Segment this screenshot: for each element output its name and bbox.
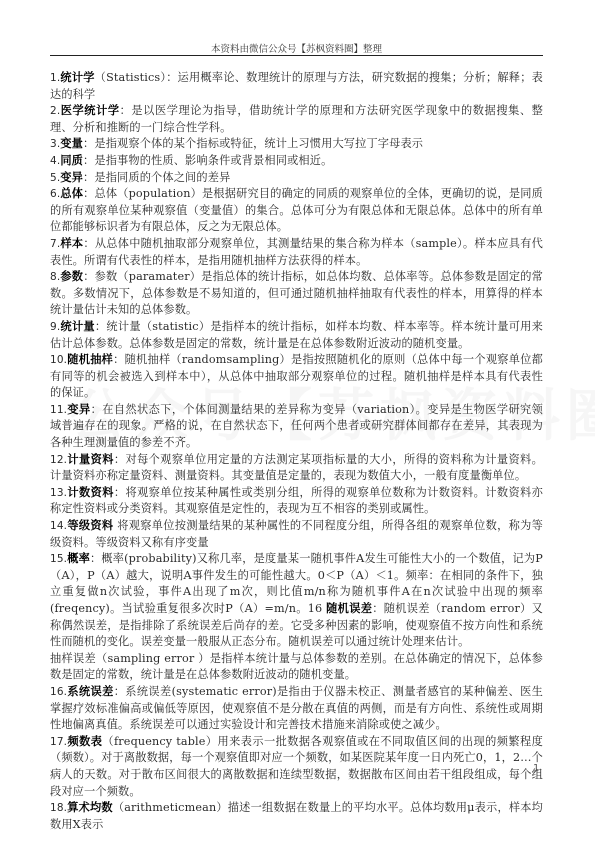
entry-number: 4. (50, 155, 60, 167)
definition-entry: 10.随机抽样：随机抽样（randomsampling）是指按照随机化的原则（总… (50, 352, 543, 402)
entry-text: ：是指观察个体的某个指标或特征，统计上习惯用大写拉丁字母表示 (83, 137, 423, 150)
entry-term: 变异 (67, 403, 90, 416)
entry-term: 算术均数 (67, 801, 113, 814)
entry-number: 8. (50, 271, 60, 283)
entry-text: ：对每个观察单位用定量的方法测定某项指标量的大小，所得的资料称为计量资料。计量资… (50, 453, 543, 483)
document-body: 1.统计学（Statistics）：运用概率论、数理统计的原理与方法，研究数据的… (50, 70, 543, 833)
entry-number: 10. (50, 354, 67, 366)
entry-text: ：统计量（statistic）是指样本的统计指标，如样本均数、样本率等。样本统计… (50, 320, 543, 350)
entry-number: 13. (50, 487, 67, 499)
definition-entry: 14.等级资料 将观察单位按测量结果的某种属性的不同程度分组，所得各组的观察单位… (50, 518, 543, 551)
definition-entry: 抽样误差（sampling error ）是指样本统计量与总体参数的差别。在总体… (50, 651, 543, 684)
entry-text: ：在自然状态下，个体间测量结果的差异称为变异（variation）。变异是生物医… (50, 403, 543, 449)
entry-text: （Statistics）：运用概率论、数理统计的原理与方法，研究数据的搜集；分析… (50, 71, 543, 101)
entry-term: 变异 (60, 171, 83, 184)
entry-number: 16. (50, 686, 67, 698)
entry-number: 11. (50, 404, 67, 416)
entry-number: 9. (50, 321, 60, 333)
definition-entry: 6.总体：总体（population）是根据研究目的确定的同质的观察单位的全体，… (50, 186, 543, 236)
page-number: 1 (533, 763, 539, 774)
entry-number: 12. (50, 454, 67, 466)
definition-entry: 8.参数：参数（paramater）是指总体的统计指标，如总体均数、总体率等。总… (50, 269, 543, 319)
entry-number: 5. (50, 172, 60, 184)
entry-term: 样本 (60, 237, 83, 250)
entry-term: 统计量 (60, 320, 95, 333)
entry-term: 计数资料 (67, 486, 114, 499)
definition-entry: 12.计量资料：对每个观察单位用定量的方法测定某项指标量的大小，所得的资料称为计… (50, 452, 543, 485)
header-divider (50, 55, 543, 56)
definition-entry: 7.样本：从总体中随机抽取部分观察单位，其测量结果的集合称为样本（sample）… (50, 236, 543, 269)
definition-entry: 11.变异：在自然状态下，个体间测量结果的差异称为变异（variation）。变… (50, 402, 543, 452)
entry-term: 概率 (67, 552, 90, 565)
entry-text: ：随机抽样（randomsampling）是指按照随机化的原则（总体中每一个观察… (50, 353, 543, 399)
entry-text: ：是以医学理论为指导，借助统计学的原理和方法研究医学现象中的数据搜集、整理、分析… (50, 104, 543, 134)
entry-text: ：从总体中随机抽取部分观察单位，其测量结果的集合称为样本（sample）。样本应… (50, 237, 543, 267)
entry-term: 参数 (60, 270, 83, 283)
entry-text: ：系统误差(systematic error)是指由于仪器未校正、测量者感官的某… (50, 685, 543, 731)
entry-number: 18. (50, 802, 67, 814)
entry-term: 系统误差 (67, 685, 114, 698)
entry-number: 15. (50, 553, 67, 565)
entry-term: 频数表 (67, 735, 102, 748)
entry-term: 等级资料 (67, 519, 113, 532)
definition-entry: 4.同质：是指事物的性质、影响条件或背景相同或相近。 (50, 153, 543, 170)
entry-text: ：是指同质的个体之间的差异 (83, 171, 230, 184)
definition-entry: 9.统计量：统计量（statistic）是指样本的统计指标，如样本均数、样本率等… (50, 319, 543, 352)
definition-entry: 17.频数表（frequency table）用来表示一批数据各观察值或在不同取… (50, 734, 543, 800)
definition-entry: 3.变量：是指观察个体的某个指标或特征，统计上习惯用大写拉丁字母表示 (50, 136, 543, 153)
entry-number: 2. (50, 105, 60, 117)
entry-text: ：将观察单位按某种属性或类别分组，所得的观察单位数称为计数资料。计数资料亦称定性… (50, 486, 543, 516)
definition-entry: 15.概率：概率(probability)又称几率，是度量某一随机事件A发生可能… (50, 551, 543, 651)
definition-entry: 5.变异：是指同质的个体之间的差异 (50, 170, 543, 187)
entry-text: ：是指事物的性质、影响条件或背景相同或相近。 (83, 154, 332, 167)
entry-number: 1. (50, 72, 60, 84)
entry-text: ：总体（population）是根据研究目的确定的同质的观察单位的全体，更确切的… (50, 187, 543, 233)
entry-term: 计量资料 (67, 453, 114, 466)
definition-entry: 1.统计学（Statistics）：运用概率论、数理统计的原理与方法，研究数据的… (50, 70, 543, 103)
entry-text: （arithmeticmean）描述一组数据在数量上的平均水平。总体均数用μ表示… (50, 801, 543, 831)
definition-entry: 16.系统误差：系统误差(systematic error)是指由于仪器未校正、… (50, 684, 543, 734)
entry-text: ：参数（paramater）是指总体的统计指标，如总体均数、总体率等。总体参数是… (50, 270, 543, 316)
page-header: 本资料由微信公众号【苏枫资料圈】整理 (50, 41, 543, 55)
entry-number: 7. (50, 238, 60, 250)
entry-number: 6. (50, 188, 60, 200)
definition-entry: 2.医学统计学：是以医学理论为指导，借助统计学的原理和方法研究医学现象中的数据搜… (50, 103, 543, 136)
entry-term: 随机误差 (326, 602, 372, 615)
definition-entry: 13.计数资料：将观察单位按某种属性或类别分组，所得的观察单位数称为计数资料。计… (50, 485, 543, 518)
entry-text: 将观察单位按测量结果的某种属性的不同程度分组，所得各组的观察单位数，称为等级资料… (50, 519, 543, 549)
entry-text: 抽样误差（sampling error ）是指样本统计量与总体参数的差别。在总体… (50, 652, 543, 682)
entry-text: （frequency table）用来表示一批数据各观察值或在不同取值区间的出现… (50, 735, 543, 798)
entry-number: 3. (50, 138, 60, 150)
entry-number: 17. (50, 736, 67, 748)
entry-term: 随机抽样 (67, 353, 113, 366)
entry-term: 变量 (60, 137, 83, 150)
entry-term: 同质 (60, 154, 83, 167)
entry-number: 14. (50, 520, 67, 532)
definition-entry: 18.算术均数（arithmeticmean）描述一组数据在数量上的平均水平。总… (50, 800, 543, 833)
entry-term: 医学统计学 (60, 104, 119, 117)
entry-term: 统计学 (60, 71, 94, 84)
entry-term: 总体 (60, 187, 83, 200)
